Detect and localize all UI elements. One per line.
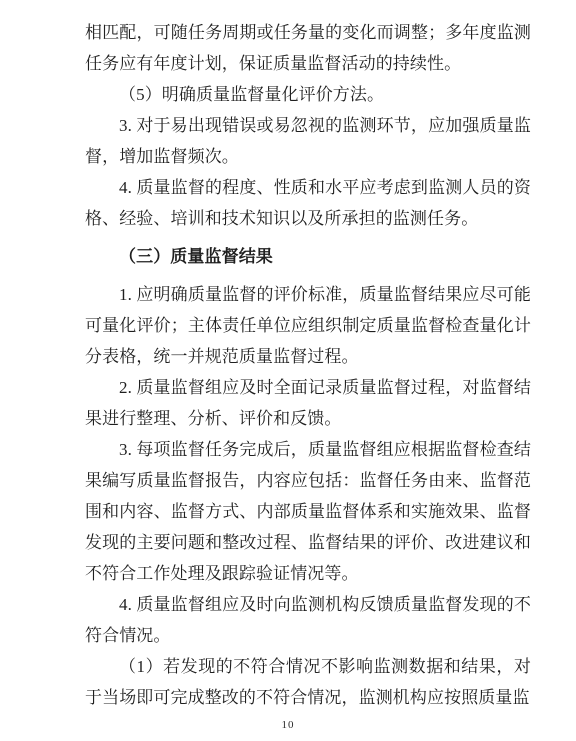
paragraph-item-4: 4. 质量监督的程度、性质和水平应考虑到监测人员的资格、经验、培训和技术知识以及… xyxy=(85,172,531,234)
paragraph-sub-1: （1）若发现的不符合情况不影响监测数据和结果，对于当场即可完成整改的不符合情况，… xyxy=(85,651,531,713)
document-body: 相匹配，可随任务周期或任务量的变化而调整；多年度监测任务应有年度计划，保证质量监… xyxy=(85,17,531,713)
section-heading: （三）质量监督结果 xyxy=(85,241,531,272)
paragraph-item-3: 3. 对于易出现错误或易忽视的监测环节，应加强质量监督，增加监督频次。 xyxy=(85,110,531,172)
paragraph-continuation: 相匹配，可随任务周期或任务量的变化而调整；多年度监测任务应有年度计划，保证质量监… xyxy=(85,17,531,79)
paragraph-result-4: 4. 质量监督组应及时向监测机构反馈质量监督发现的不符合情况。 xyxy=(85,589,531,651)
paragraph-result-3: 3. 每项监督任务完成后，质量监督组应根据监督检查结果编写质量监督报告，内容应包… xyxy=(85,434,531,589)
document-page: 相匹配，可随任务周期或任务量的变化而调整；多年度监测任务应有年度计划，保证质量监… xyxy=(0,0,576,741)
paragraph-result-2: 2. 质量监督组应及时全面记录质量监督过程，对监督结果进行整理、分析、评价和反馈… xyxy=(85,372,531,434)
page-number: 10 xyxy=(0,719,576,731)
paragraph-result-1: 1. 应明确质量监督的评价标准，质量监督结果应尽可能可量化评价；主体责任单位应组… xyxy=(85,279,531,372)
paragraph-item-5: （5）明确质量监督量化评价方法。 xyxy=(85,79,531,110)
